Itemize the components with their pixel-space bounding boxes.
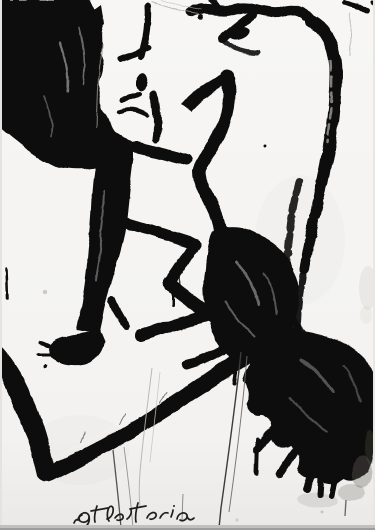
artwork-photo: a. teixeira (0, 0, 375, 530)
ink-drawing (0, 0, 375, 530)
